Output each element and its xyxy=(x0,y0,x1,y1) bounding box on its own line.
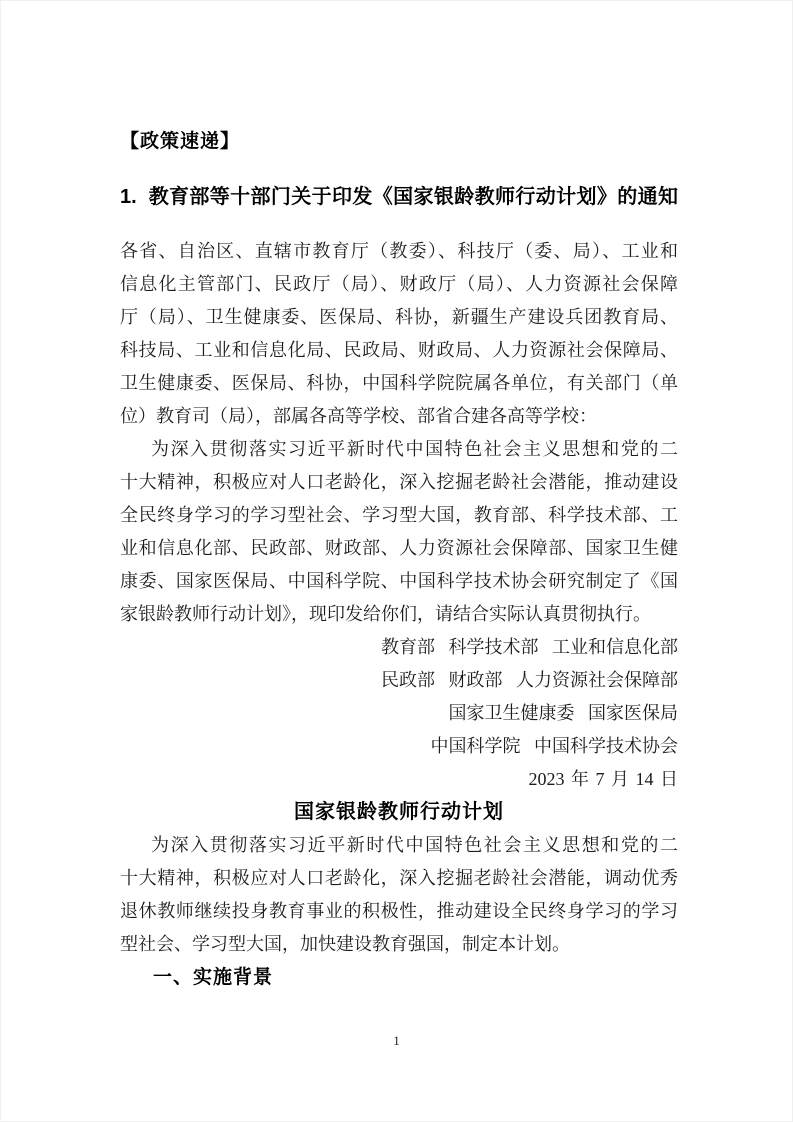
recipients-paragraph: 各省、自治区、直辖市教育厅（教委）、科技厅（委、局）、工业和 信息化主管部门、民… xyxy=(120,235,678,433)
section-label: 【政策速递】 xyxy=(120,125,678,158)
text-line: 十大精神，积极应对人口老龄化，深入挖掘老龄社会潜能，推动建设 xyxy=(120,466,678,499)
text-line: 卫生健康委、医保局、科协，中国科学院院属各单位，有关部门（单 xyxy=(120,367,678,400)
text-line: 科技局、工业和信息化局、民政局、财政局、人力资源社会保障局、 xyxy=(120,334,678,367)
notice-number: 1. xyxy=(120,183,137,211)
signatory-line: 国家卫生健康委 国家医保局 xyxy=(120,697,678,730)
text-line: 家银龄教师行动计划》，现印发给你们，请结合实际认真贯彻执行。 xyxy=(120,598,678,631)
notice-title-text: 教育部等十部门关于印发《国家银龄教师行动计划》的通知 xyxy=(149,183,678,211)
text-line: 为深入贯彻落实习近平新时代中国特色社会主义思想和党的二 xyxy=(120,433,678,466)
signatory-line: 中国科学院 中国科学技术协会 xyxy=(120,730,678,763)
text-line: 十大精神，积极应对人口老龄化，深入挖掘老龄社会潜能，调动优秀 xyxy=(120,862,678,895)
section-heading: 一、实施背景 xyxy=(120,961,678,994)
text-line: 退休教师继续投身教育事业的积极性，推动建设全民终身学习的学习 xyxy=(120,895,678,928)
text-line: 业和信息化部、民政部、财政部、人力资源社会保障部、国家卫生健 xyxy=(120,532,678,565)
text-line: 各省、自治区、直辖市教育厅（教委）、科技厅（委、局）、工业和 xyxy=(120,235,678,268)
signatory-line: 民政部 财政部 人力资源社会保障部 xyxy=(120,664,678,697)
notice-title: 1. 教育部等十部门关于印发《国家银龄教师行动计划》的通知 xyxy=(120,183,678,211)
signatory-line: 教育部 科学技术部 工业和信息化部 xyxy=(120,631,678,664)
plan-title: 国家银龄教师行动计划 xyxy=(120,796,678,829)
text-line: 型社会、学习型大国，加快建设教育强国，制定本计划。 xyxy=(120,928,678,961)
text-line: 全民终身学习的学习型社会、学习型大国，教育部、科学技术部、工 xyxy=(120,499,678,532)
text-line: 厅（局）、卫生健康委、医保局、科协，新疆生产建设兵团教育局、 xyxy=(120,301,678,334)
document-content: 【政策速递】 1. 教育部等十部门关于印发《国家银龄教师行动计划》的通知 各省、… xyxy=(120,125,678,994)
signature-block: 教育部 科学技术部 工业和信息化部 民政部 财政部 人力资源社会保障部 国家卫生… xyxy=(120,631,678,796)
document-page: 【政策速递】 1. 教育部等十部门关于印发《国家银龄教师行动计划》的通知 各省、… xyxy=(0,0,793,1122)
page-number: 1 xyxy=(1,1033,792,1049)
notice-body-paragraph: 为深入贯彻落实习近平新时代中国特色社会主义思想和党的二 十大精神，积极应对人口老… xyxy=(120,433,678,631)
text-line: 位）教育司（局），部属各高等学校、部省合建各高等学校： xyxy=(120,400,678,433)
text-line: 康委、国家医保局、中国科学院、中国科学技术协会研究制定了《国 xyxy=(120,565,678,598)
plan-intro-paragraph: 为深入贯彻落实习近平新时代中国特色社会主义思想和党的二 十大精神，积极应对人口老… xyxy=(120,829,678,961)
text-line: 信息化主管部门、民政厅（局）、财政厅（局）、人力资源社会保障 xyxy=(120,268,678,301)
text-line: 为深入贯彻落实习近平新时代中国特色社会主义思想和党的二 xyxy=(120,829,678,862)
date-line: 2023 年 7 月 14 日 xyxy=(120,763,678,796)
